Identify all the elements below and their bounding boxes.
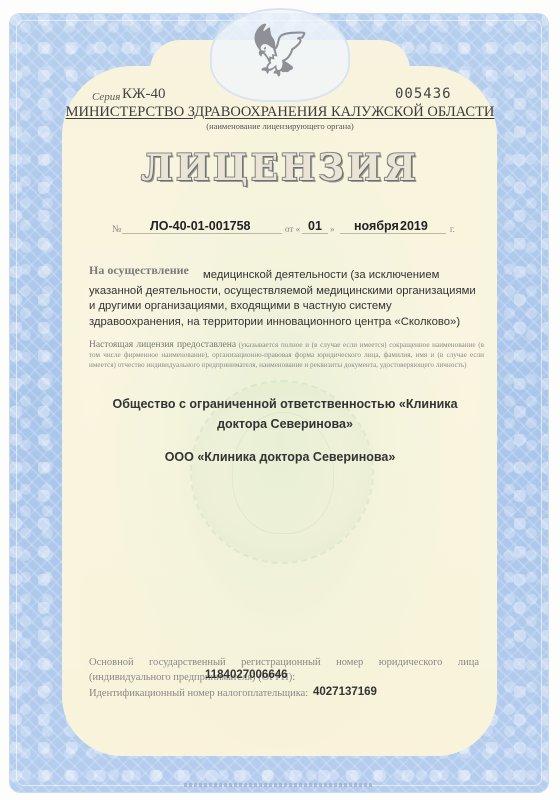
date-month: ноября bbox=[354, 219, 399, 233]
month-underline bbox=[340, 233, 446, 234]
granted-label: Настоящая лицензия предоставлена bbox=[89, 340, 236, 350]
issuer-name: МИНИСТЕРСТВО ЗДРАВООХРАНЕНИЯ КАЛУЖСКОЙ О… bbox=[0, 104, 560, 121]
activity-description: медицинской деятельности (за исключением… bbox=[89, 268, 479, 330]
form-number: 005436 bbox=[395, 86, 452, 102]
date-prefix: от « bbox=[285, 224, 300, 234]
date-quote-close: » bbox=[330, 224, 335, 234]
organization-full-name: Общество с ограниченной ответственностью… bbox=[100, 394, 470, 434]
panel-right-edge bbox=[478, 150, 497, 670]
organization-short-name: ООО «Клиника доктора Северинова» bbox=[0, 450, 560, 464]
inn-label: Идентификационный номер налогоплательщик… bbox=[89, 688, 308, 699]
license-document: 🦅︎ Серия КЖ-40 005436 МИНИСТЕРСТВО ЗДРАВ… bbox=[0, 0, 560, 800]
issuer-caption: (наименование лицензирующего органа) bbox=[0, 121, 560, 131]
number-label: № bbox=[112, 224, 122, 235]
day-underline bbox=[302, 233, 328, 234]
panel-left-edge bbox=[62, 150, 82, 670]
russian-coat-of-arms-icon: 🦅︎ bbox=[242, 18, 318, 86]
license-number: ЛО-40-01-001758 bbox=[150, 219, 251, 233]
number-underline bbox=[122, 233, 282, 234]
date-year: 2019 bbox=[400, 219, 428, 233]
document-title: ЛИЦЕНЗИЯ bbox=[0, 147, 560, 189]
ogrn-value: 1184027006646 bbox=[205, 669, 288, 681]
date-suffix: г. bbox=[450, 224, 455, 234]
date-day: 01 bbox=[308, 219, 322, 233]
series-value: КЖ-40 bbox=[122, 86, 165, 103]
granted-section: Настоящая лицензия предоставлена (указыв… bbox=[89, 340, 484, 370]
series-label: Серия bbox=[92, 91, 120, 103]
inn-value: 4027137169 bbox=[313, 686, 377, 698]
printer-imprint bbox=[184, 783, 374, 787]
